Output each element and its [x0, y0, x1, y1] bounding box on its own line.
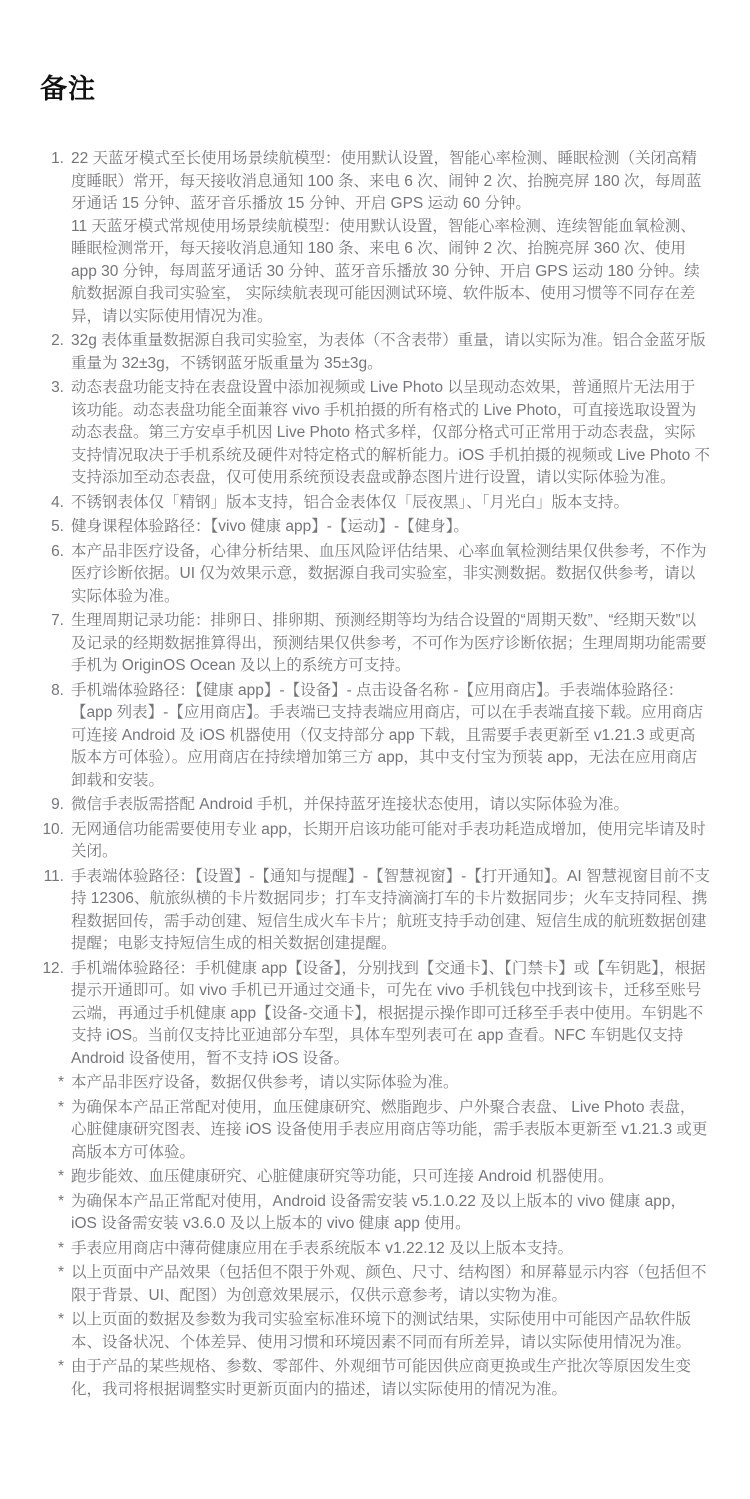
- note-number: 9.: [40, 794, 64, 817]
- note-text: 以上页面的数据及参数为我司实验室标准环境下的测试结果，实际使用中可能因产品软件版…: [71, 1309, 710, 1354]
- note-text: 无网通信功能需要使用专业 app，长期开启该功能可能对手表功耗造成增加，使用完毕…: [71, 819, 710, 864]
- note-text: 本产品非医疗设备，数据仅供参考，请以实际体验为准。: [71, 1072, 710, 1095]
- note-text: 健身课程体验路径：【vivo 健康 app】-【运动】-【健身】。: [71, 516, 710, 539]
- note-number: 11.: [40, 866, 64, 889]
- note-number: 5.: [40, 516, 64, 539]
- note-text: 32g 表体重量数据源自我司实验室，为表体（不含表带）重量，请以实际为准。铝合金…: [71, 330, 710, 375]
- notes-page: 备注 1. 22 天蓝牙模式至长使用场景续航模型：使用默认设置，智能心率检测、睡…: [0, 0, 750, 1463]
- note-text: 为确保本产品正常配对使用，血压健康研究、燃脂跑步、户外聚合表盘、 Live Ph…: [71, 1097, 710, 1165]
- note-text: 22 天蓝牙模式至长使用场景续航模型：使用默认设置，智能心率检测、睡眠检测（关闭…: [71, 148, 710, 216]
- note-text: 不锈钢表体仅「精钢」版本支持，铝合金表体仅「辰夜黑」、「月光白」版本支持。: [71, 492, 710, 515]
- note-item-10: 10. 无网通信功能需要使用专业 app，长期开启该功能可能对手表功耗造成增加，…: [40, 819, 710, 864]
- note-text: 手机端体验路径：【健康 app】-【设备】- 点击设备名称 -【应用商店】。手表…: [71, 680, 710, 793]
- note-text: 生理周期记录功能：排卵日、排卵期、预测经期等均为结合设置的“周期天数”、“经期天…: [71, 610, 710, 678]
- note-text: 微信手表版需搭配 Android 手机，并保持蓝牙连接状态使用，请以实际体验为准…: [71, 794, 710, 817]
- asterisk-marker: *: [40, 1097, 64, 1120]
- starred-note-6: * 以上页面中产品效果（包括但不限于外观、颜色、尺寸、结构图）和屏幕显示内容（包…: [40, 1262, 710, 1307]
- starred-notes-list: * 本产品非医疗设备，数据仅供参考，请以实际体验为准。 * 为确保本产品正常配对…: [40, 1072, 710, 1401]
- note-number: 12.: [40, 958, 64, 981]
- asterisk-marker: *: [40, 1262, 64, 1285]
- starred-note-5: * 手表应用商店中薄荷健康应用在手表系统版本 v1.22.12 及以上版本支持。: [40, 1238, 710, 1261]
- note-item-8: 8. 手机端体验路径：【健康 app】-【设备】- 点击设备名称 -【应用商店】…: [40, 680, 710, 793]
- asterisk-marker: *: [40, 1191, 64, 1214]
- starred-note-2: * 为确保本产品正常配对使用，血压健康研究、燃脂跑步、户外聚合表盘、 Live …: [40, 1097, 710, 1165]
- note-number: 1.: [40, 148, 64, 171]
- starred-note-7: * 以上页面的数据及参数为我司实验室标准环境下的测试结果，实际使用中可能因产品软…: [40, 1309, 710, 1354]
- starred-note-1: * 本产品非医疗设备，数据仅供参考，请以实际体验为准。: [40, 1072, 710, 1095]
- note-number: 2.: [40, 330, 64, 353]
- note-number: 4.: [40, 492, 64, 515]
- asterisk-marker: *: [40, 1356, 64, 1379]
- asterisk-marker: *: [40, 1166, 64, 1189]
- note-text: 手表应用商店中薄荷健康应用在手表系统版本 v1.22.12 及以上版本支持。: [71, 1238, 710, 1261]
- note-item-12: 12. 手机端体验路径：手机健康 app【设备】，分别找到【交通卡】、【门禁卡】…: [40, 958, 710, 1071]
- note-text: 跑步能效、血压健康研究、心脏健康研究等功能，只可连接 Android 机器使用。: [71, 1166, 710, 1189]
- note-text: 手表端体验路径：【设置】-【通知与提醒】-【智慧视窗】-【打开通知】。AI 智慧…: [71, 866, 710, 956]
- note-text: 本产品非医疗设备，心律分析结果、血压风险评估结果、心率血氧检测结果仅供参考，不作…: [71, 541, 710, 609]
- note-item-9: 9. 微信手表版需搭配 Android 手机，并保持蓝牙连接状态使用，请以实际体…: [40, 794, 710, 817]
- note-item-3: 3. 动态表盘功能支持在表盘设置中添加视频或 Live Photo 以呈现动态效…: [40, 377, 710, 490]
- asterisk-marker: *: [40, 1309, 64, 1332]
- asterisk-marker: *: [40, 1072, 64, 1095]
- note-item-4: 4. 不锈钢表体仅「精钢」版本支持，铝合金表体仅「辰夜黑」、「月光白」版本支持。: [40, 492, 710, 515]
- asterisk-marker: *: [40, 1238, 64, 1261]
- starred-note-8: * 由于产品的某些规格、参数、零部件、外观细节可能因供应商更换或生产批次等原因发…: [40, 1356, 710, 1401]
- note-number: 6.: [40, 541, 64, 564]
- note-item-2: 2. 32g 表体重量数据源自我司实验室，为表体（不含表带）重量，请以实际为准。…: [40, 330, 710, 375]
- note-text: 以上页面中产品效果（包括但不限于外观、颜色、尺寸、结构图）和屏幕显示内容（包括但…: [71, 1262, 710, 1307]
- note-number: 8.: [40, 680, 64, 703]
- note-text: 由于产品的某些规格、参数、零部件、外观细节可能因供应商更换或生产批次等原因发生变…: [71, 1356, 710, 1401]
- note-item-1: 1. 22 天蓝牙模式至长使用场景续航模型：使用默认设置，智能心率检测、睡眠检测…: [40, 148, 710, 328]
- note-item-6: 6. 本产品非医疗设备，心律分析结果、血压风险评估结果、心率血氧检测结果仅供参考…: [40, 541, 710, 609]
- note-text: 11 天蓝牙模式常规使用场景续航模型：使用默认设置，智能心率检测、连续智能血氧检…: [71, 216, 710, 329]
- note-text: 动态表盘功能支持在表盘设置中添加视频或 Live Photo 以呈现动态效果，普…: [71, 377, 710, 490]
- starred-note-4: * 为确保本产品正常配对使用，Android 设备需安装 v5.1.0.22 及…: [40, 1191, 710, 1236]
- note-text: 为确保本产品正常配对使用，Android 设备需安装 v5.1.0.22 及以上…: [71, 1191, 710, 1236]
- note-number: 3.: [40, 377, 64, 400]
- page-title: 备注: [40, 72, 710, 106]
- note-number: 10.: [40, 819, 64, 842]
- starred-note-3: * 跑步能效、血压健康研究、心脏健康研究等功能，只可连接 Android 机器使…: [40, 1166, 710, 1189]
- note-text: 手机端体验路径：手机健康 app【设备】，分别找到【交通卡】、【门禁卡】或【车钥…: [71, 958, 710, 1071]
- note-item-11: 11. 手表端体验路径：【设置】-【通知与提醒】-【智慧视窗】-【打开通知】。A…: [40, 866, 710, 956]
- note-item-5: 5. 健身课程体验路径：【vivo 健康 app】-【运动】-【健身】。: [40, 516, 710, 539]
- note-item-7: 7. 生理周期记录功能：排卵日、排卵期、预测经期等均为结合设置的“周期天数”、“…: [40, 610, 710, 678]
- numbered-notes-list: 1. 22 天蓝牙模式至长使用场景续航模型：使用默认设置，智能心率检测、睡眠检测…: [40, 148, 710, 1070]
- note-number: 7.: [40, 610, 64, 633]
